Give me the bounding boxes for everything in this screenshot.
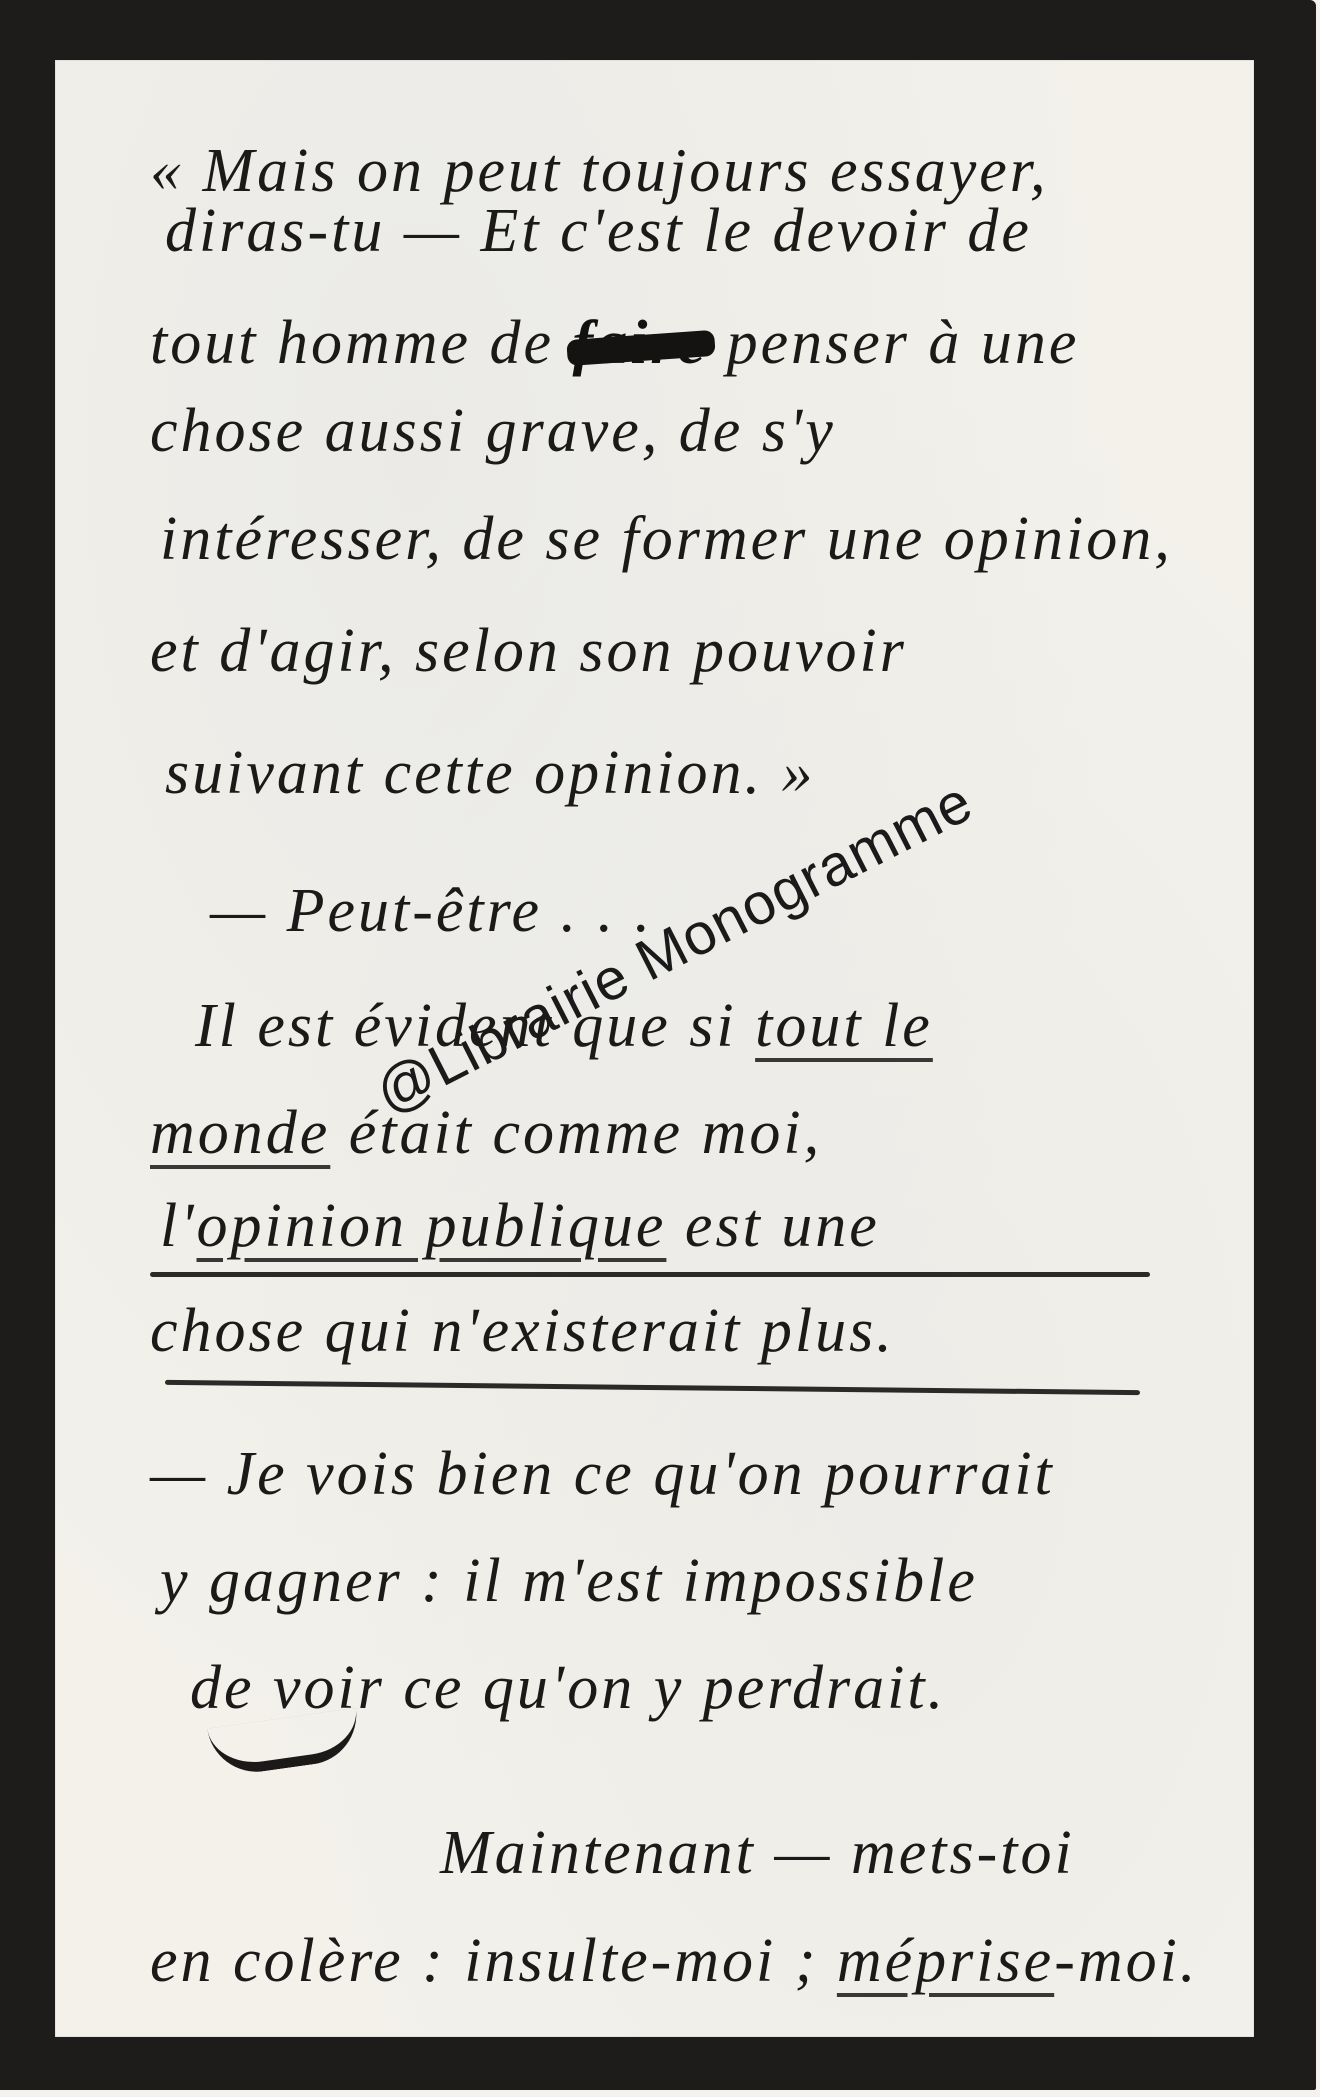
line-text: en colère : insulte-moi ; xyxy=(150,1927,837,1995)
manuscript-line-12: chose qui n'existerait plus. xyxy=(150,1300,895,1362)
underlined-phrase: tout le xyxy=(755,992,933,1060)
manuscript-line-3: tout homme de faire penser à une xyxy=(150,312,1079,374)
line-text: penser à une xyxy=(708,309,1079,377)
line-text: chose qui n'existerait plus. xyxy=(150,1297,895,1365)
underlined-phrase: opinion publique xyxy=(197,1192,667,1260)
manuscript-line-8: — Peut-être . . . xyxy=(210,880,653,942)
emphasis-rule-top xyxy=(150,1272,1150,1277)
manuscript-line-4: chose aussi grave, de s'y xyxy=(150,400,836,462)
manuscript-line-15: de voir ce qu'on y perdrait. xyxy=(190,1657,946,1719)
line-text: Maintenant — mets-toi xyxy=(440,1819,1075,1887)
line-text: est une xyxy=(666,1192,879,1260)
line-text: chose aussi grave, de s'y xyxy=(150,397,836,465)
manuscript-line-10: monde était comme moi, xyxy=(150,1102,822,1164)
manuscript-line-16: Maintenant — mets-toi xyxy=(440,1822,1075,1884)
manuscript-line-17: en colère : insulte-moi ; méprise-moi. xyxy=(150,1930,1198,1992)
line-text: — Peut-être . . . xyxy=(210,877,653,945)
line-text: l' xyxy=(160,1192,197,1260)
underlined-phrase: monde xyxy=(150,1099,330,1167)
line-text: diras-tu — Et c'est le devoir de xyxy=(165,197,1032,265)
underlined-phrase: méprise xyxy=(837,1927,1054,1995)
line-text: « Mais on peut toujours essayer, xyxy=(150,137,1049,205)
struck-out-word: faire xyxy=(573,309,709,377)
line-text: et d'agir, selon son pouvoir xyxy=(150,617,907,685)
line-text: — Je vois bien ce qu'on pourrait xyxy=(150,1440,1055,1508)
manuscript-line-2: diras-tu — Et c'est le devoir de xyxy=(165,200,1032,262)
manuscript-line-13: — Je vois bien ce qu'on pourrait xyxy=(150,1443,1055,1505)
line-text: suivant cette opinion. » xyxy=(165,739,816,807)
manuscript-line-5: intéresser, de se former une opinion, xyxy=(160,508,1173,570)
line-text: intéresser, de se former une opinion, xyxy=(160,505,1173,573)
manuscript-line-7: suivant cette opinion. » xyxy=(165,742,816,804)
line-text: y gagner : il m'est impossible xyxy=(160,1547,978,1615)
line-text: -moi. xyxy=(1054,1927,1198,1995)
line-text: tout homme de xyxy=(150,309,573,377)
line-text: de voir ce qu'on y perdrait. xyxy=(190,1654,946,1722)
manuscript-line-6: et d'agir, selon son pouvoir xyxy=(150,620,907,682)
manuscript-line-1: « Mais on peut toujours essayer, xyxy=(150,140,1049,202)
manuscript-line-11: l'opinion publique est une xyxy=(160,1195,880,1257)
manuscript-line-14: y gagner : il m'est impossible xyxy=(160,1550,978,1612)
